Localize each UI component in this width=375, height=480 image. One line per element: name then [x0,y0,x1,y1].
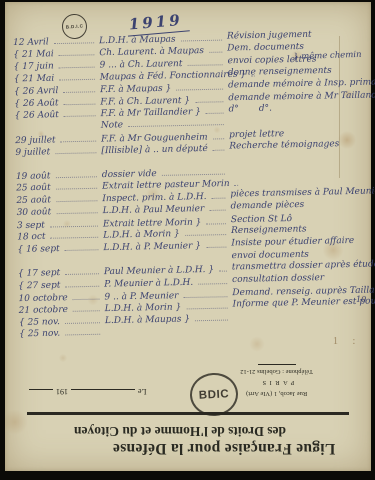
entry-note: pièces transmises à Paul Meunier [230,187,375,200]
entry-note: consultation dossier [232,273,324,285]
entry-note-cell: transmettra dossier après étude [232,260,375,273]
entry-date-cell: { 17 sept [18,268,104,280]
entry-date: { 26 Avril [14,86,58,97]
entry-date-cell: 18 oct [17,230,103,242]
entry-note-cell: consultation dossier [232,272,371,285]
leader-dots [55,176,96,178]
letterhead-year-prefix: 191 [56,388,68,397]
letterhead-phone: Téléphone : Gobelins 21-12 [240,367,313,378]
entry-date: 12 Avril [13,37,49,48]
entry-subject-cell: L.D.H. à Morin } [103,228,231,241]
letterhead-city: PARIS [240,378,313,389]
entry-note: demande pièces [230,200,304,212]
letterhead-detail-row: Rue Jacob, 1 (VIe Arrt) PARIS Téléphone … [13,365,363,400]
leader-dots [64,104,96,106]
entry-note-cell [230,181,369,184]
entry-date: { 21 Mai [14,73,55,84]
leader-dots [61,140,97,142]
leader-dots [213,138,225,139]
entry-date-cell: { 27 sept [18,279,104,291]
leader-dots [186,308,227,310]
leader-dots [195,101,223,103]
letterhead-org-line1: Ligue Française pour la Défense [49,439,375,457]
letterhead-address-block: Rue Jacob, 1 (VIe Arrt) PARIS Téléphone … [240,365,313,400]
entry-note: donne renseignements [228,65,332,77]
entry-note-cell: Révision jugement [227,29,366,42]
leader-dots [73,298,100,299]
entry-date: { 17 juin [14,62,54,73]
entry-note-cell: d° d°. [228,102,367,115]
entry-date: 25 août [16,183,51,194]
entry-note-cell: pièces transmises à Paul Meunier [230,187,375,200]
entry-note: projet lettre [229,129,284,140]
entry-subject: L.D.H. à P. Meunier } [103,241,201,253]
entry-subject: L.D.H. à Maupas [99,35,176,47]
entry-note: transmettra dossier après étude [232,260,375,273]
entry-date-cell: 12 Avril [13,36,99,48]
entry-note: Révision jugement [227,30,312,42]
entry-subject: F.F. à Ch. Laurent } [100,96,190,108]
entry-subject-cell: Maupas à Féd. Fonctionnaires } [100,70,228,83]
entry-subject-cell: L.D.H. à Maupas } [105,314,233,327]
entry-date-cell: { 21 Mai [13,48,99,60]
entry-date: 10 octobre [18,293,67,304]
letterhead-upside-down: Ligue Française pour la Défense des Droi… [13,363,363,467]
entry-date: 29 juillet [15,135,56,146]
leader-dots [55,152,96,154]
leader-dots [181,40,222,42]
leader-dots [56,201,97,203]
entry-date-cell: { 21 Mai [14,72,100,84]
leader-dots [185,234,226,236]
leader-dots [56,188,97,190]
entry-date-cell: { 17 juin [14,61,100,73]
leader-dots [206,223,226,224]
entry-subject: L.D.H. à Paul Meunier [103,204,205,216]
entry-date: 18 oct [17,232,46,243]
entry-date-cell [18,262,104,268]
ledger: 12 AvrilL.D.H. à MaupasRévision jugement… [13,31,372,343]
letterhead-year-blank [29,390,53,399]
leader-dots [206,247,226,248]
entry-subject-cell: Note [101,118,229,131]
entry-subject-cell: F.F. à Ch. Laurent } [100,95,228,107]
entry-date-cell: 19 août [16,170,102,182]
leader-dots [176,88,223,90]
entry-date: { 21 Mai [13,49,54,60]
entry-date-cell: { 16 sept [17,243,103,255]
entry-note-cell: Recherche témoignages [229,138,368,151]
entry-subject: L.D.H. à Maupas } [105,314,190,326]
entry-subject: Extrait lettre Morin } [103,217,202,229]
entry-date: { 16 sept [17,244,59,255]
leader-dots [195,320,228,322]
entry-subject: L.D.H. à Morin } [103,229,180,241]
entry-subject-cell: L.D.H. à P. Meunier } [103,240,231,253]
entry-note-cell: Insiste pour étudier affaire [231,236,370,249]
entry-date-cell: { 26 Avril [14,85,100,97]
entry-subject-cell: L.D.H. à Paul Meunier [103,204,231,217]
entry-date-cell: 30 août [17,207,103,219]
entry-subject: 9 ... à Ch. Laurent [100,59,183,71]
leader-dots [209,52,222,53]
entry-date: 25 août [16,195,51,206]
annotation-page-mark: 10 [356,295,366,304]
leader-dots [54,42,94,44]
entry-date: 30 août [17,208,52,219]
scanned-document-page: B.D.I.C 1919 12 AvrilL.D.H. à MaupasRévi… [0,0,375,480]
entry-subject-cell [104,259,232,265]
entry-subject: F.F. à Mr Gouguenheim [101,132,208,144]
entry-subject-cell: Extrait lettre pasteur Morin [102,179,230,192]
entry-subject-cell: P. Meunier à L.D.H. [104,277,232,290]
entry-note: envoi documents [232,250,309,261]
entry-note-cell: Renseignements [231,223,370,236]
entry-subject: F.F. à Maupas } [100,83,171,94]
leader-dots [56,213,97,215]
entry-subject: Ch. Laurent. à Maupas [99,46,204,58]
leader-dots [50,225,98,227]
entry-note: d° d°. [228,104,272,115]
entry-date: 9 juillet [15,147,50,158]
entry-date-cell: 25 août [16,182,102,194]
entry-note-cell: donne renseignements [228,65,367,78]
entry-subject-cell: F.F. à Maupas } [100,82,228,95]
entry-date: 21 octobre [19,305,68,316]
bdic-stamp-top-label: B.D.I.C [66,23,84,29]
entry-note-cell [229,120,368,123]
entry-subject-cell: F.F. à Mr Gouguenheim [101,132,229,144]
entry-date: { 25 nov. [19,317,60,328]
leader-dots [73,310,100,312]
entry-note-cell: demande mémoire à Insp. primaire [228,77,375,90]
entry-subject-cell: L.D.H. à Maupas [99,34,227,47]
entry-note-cell [233,316,372,319]
leader-dots [162,173,225,175]
entry-date: { 26 Août [14,98,58,109]
letterhead-date-blank [71,390,135,399]
entry-date-cell: 3 sept [17,219,103,231]
entry-subject-cell: Inspect. prim. à L.D.H. [102,192,230,205]
leader-dots [59,67,95,69]
leader-dots [63,91,95,93]
leader-dots [65,322,100,324]
leader-dots [219,271,227,272]
entry-subject: P. Meunier à L.D.H. [104,277,193,289]
entry-subject: Inspect. prim. à L.D.H. [102,192,206,204]
entry-note-cell [230,169,369,172]
entry-subject: Note [101,121,123,131]
entry-note: Recherche témoignages [229,139,339,151]
letterhead-phone-rule [258,365,296,366]
entry-note-cell [233,327,372,330]
paper-sheet: B.D.I.C 1919 12 AvrilL.D.H. à MaupasRévi… [5,2,371,471]
leader-dots [128,124,224,127]
entry-date-cell: 10 octobre [18,292,104,304]
entry-subject: dossier vide [102,169,157,180]
letterhead-address: Rue Jacob, 1 (VIe Arrt) [240,389,313,400]
leader-dots [183,296,227,298]
leader-dots [59,78,95,80]
leader-dots [235,185,239,186]
entry-note: Section St Lô [231,214,292,225]
leader-dots [198,283,227,285]
leader-dots [51,237,99,239]
entry-date: { 27 sept [18,280,60,291]
entry-subject-cell: Ch. Laurent. à Maupas [99,46,227,59]
entry-note: Insiste pour étudier affaire [231,236,354,249]
leader-dots [213,149,225,150]
leader-dots [65,334,100,336]
entry-date: { 17 sept [18,268,60,279]
entry-date: 3 sept [17,220,45,231]
leader-dots [212,198,226,199]
leader-dots [206,113,224,114]
entry-date-cell: { 25 nov. [19,328,105,340]
leader-dots [65,249,99,251]
entry-date-cell: 29 juillet [15,134,101,146]
entry-subject-cell: dossier vide [102,167,230,180]
leader-dots [209,210,225,211]
bdic-stamp-bottom-label: BDIC [198,388,229,402]
entry-subject-cell [105,331,233,338]
entry-subject: Extrait lettre pasteur Morin [102,179,230,192]
letterhead-org-line2: des Droits de l'Homme et du Citoyen [5,423,355,439]
letterhead-dateline: Le191 [29,365,146,399]
entry-subject: Maupas à Féd. Fonctionnaires } [100,69,247,82]
entry-date: { 26 Août [15,110,59,121]
leader-dots [59,54,95,56]
entry-date-cell: { 26 Août [14,97,100,109]
entry-subject-cell: 9 .. à P. Meunier [104,290,232,302]
leader-dots [187,65,222,67]
entry-note: demande mémoire à Insp. primaire [228,77,375,90]
year-title: 1919 [126,10,189,36]
entry-date-cell: { 25 nov. [19,316,105,328]
letterhead-date-prefix: Le [138,388,146,397]
letterhead-rule [27,413,349,416]
annotation-margin-mark: 1 : [333,336,361,347]
entry-note: Renseignements [231,224,307,236]
entry-date: 19 août [16,171,51,182]
entry-subject: 9 .. à P. Meunier [104,291,178,302]
entry-note-cell: demande pièces [230,199,369,212]
entry-date-cell: 25 août [16,194,102,206]
leader-dots [65,274,99,276]
leader-dots [64,115,96,117]
entry-date-cell [15,127,101,133]
leader-dots [65,285,99,287]
entry-date: { 25 nov. [19,329,60,340]
